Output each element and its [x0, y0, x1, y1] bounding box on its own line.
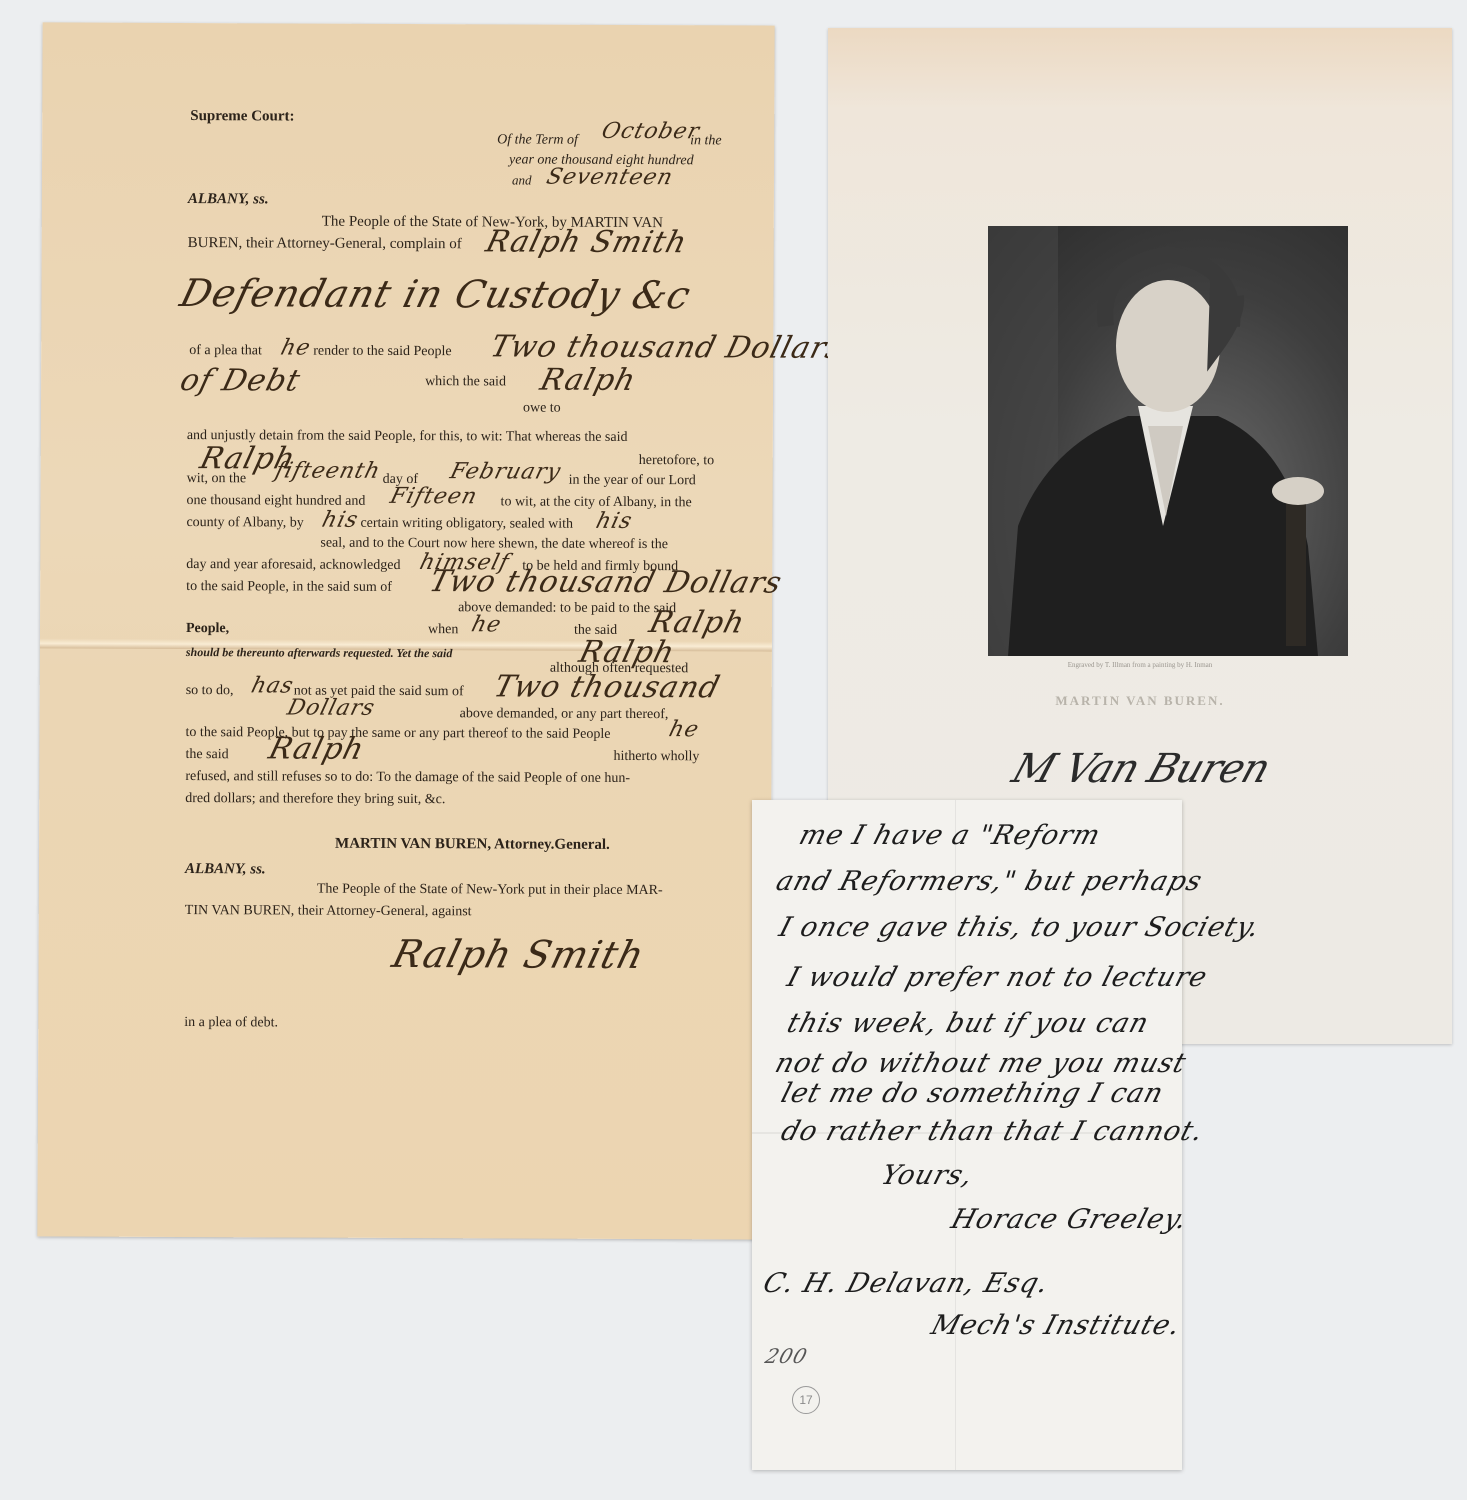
greeley-letter: me I have a "Reform and Reformers," but …	[752, 800, 1182, 1470]
the-said-2: the said	[185, 747, 228, 763]
he-3: he	[666, 717, 702, 742]
letter-line-2: and Reformers," but perhaps	[773, 866, 1207, 897]
term-suffix: in the	[690, 133, 722, 149]
letter-line-3: I once gave this, to your Society.	[776, 912, 1264, 943]
of-debt-handwritten: of Debt	[177, 363, 305, 398]
amount-handwritten: Two thousand Dollars	[487, 329, 847, 365]
amount-handwritten-3: Two thousand	[490, 669, 724, 705]
year-handwritten: Seventeen	[544, 165, 676, 191]
has-handwritten: has	[249, 673, 297, 698]
venue: ALBANY, ss.	[188, 191, 269, 208]
defendant-signature: Ralph Smith	[388, 932, 649, 977]
letter-line-1: me I have a "Reform	[796, 820, 1105, 851]
hundred-line: dred dollars; and therefore they bring s…	[185, 791, 445, 808]
fifteen-handwritten: Fifteen	[387, 484, 480, 509]
writing-line: certain writing obligatory, sealed with	[360, 516, 573, 533]
dollars-handwritten: Dollars	[284, 695, 377, 720]
ralph-1: Ralph	[537, 363, 640, 398]
his-2: his	[593, 509, 635, 534]
para2-line2: TIN VAN BUREN, their Attorney-General, a…	[185, 903, 472, 920]
amount-handwritten-2: Two thousand Dollars	[426, 564, 786, 600]
para2-line1: The People of the State of New-York put …	[317, 882, 663, 900]
court-heading: Supreme Court:	[190, 108, 294, 125]
letter-line-8: do rather than that I cannot.	[778, 1116, 1208, 1147]
van-buren-signature: M Van Buren	[1007, 746, 1276, 792]
term-month-handwritten: October	[599, 119, 702, 144]
attorney-signature-block: MARTIN VAN BUREN, Attorney.General.	[335, 836, 610, 854]
he-2: he	[469, 612, 505, 637]
letter-line-7: let me do something I can	[778, 1078, 1168, 1109]
hitherto-line: hitherto wholly	[613, 749, 699, 765]
sum-line: to the said People, in the said sum of	[186, 579, 392, 596]
month-handwritten: February	[448, 459, 564, 484]
legal-document: Supreme Court: Of the Term of October in…	[37, 22, 774, 1239]
day-handwritten: fifteenth	[273, 458, 384, 483]
refused-line: refused, and still refuses so to do: To …	[185, 769, 630, 787]
thereunto-line: should be thereunto afterwards requested…	[186, 645, 453, 661]
heretofore: heretofore, to	[639, 453, 714, 469]
engraving-caption: MARTIN VAN BUREN.	[828, 693, 1452, 709]
letter-institution: Mech's Institute.	[928, 1310, 1185, 1341]
year-and: and	[512, 172, 532, 188]
wit-on: wit, on the	[187, 471, 247, 487]
letter-line-6: not do without me you must	[772, 1048, 1190, 1079]
people-label: People,	[186, 621, 229, 637]
venue-2: ALBANY, ss.	[185, 861, 266, 878]
his-1: his	[319, 508, 361, 533]
which-said: which the said	[425, 374, 506, 390]
year-lord: in the year of our Lord	[569, 473, 696, 490]
any-part-line: above demanded, or any part thereof,	[460, 706, 669, 723]
letter-closing: Yours,	[878, 1160, 977, 1191]
when-label: when	[428, 622, 458, 638]
circled-number: 17	[792, 1386, 820, 1414]
para1-line2: BUREN, their Attorney-General, complain …	[188, 235, 462, 253]
owe-to: owe to	[523, 401, 561, 417]
engraving-credit: Engraved by T. Illman from a painting by…	[828, 661, 1452, 669]
portrait-figure-icon	[988, 226, 1348, 656]
letter-note-number: 200	[763, 1344, 811, 1368]
plea-he: he	[278, 335, 314, 360]
portrait-engraving	[988, 226, 1348, 656]
custody-handwritten: Defendant in Custody &c	[176, 271, 696, 317]
ack-line: day and year aforesaid, acknowledged	[186, 557, 400, 574]
greeley-signature: Horace Greeley.	[948, 1204, 1192, 1235]
ralph-5: Ralph	[265, 731, 368, 766]
so-to-do: so to do,	[186, 683, 234, 699]
letter-line-4: I would prefer not to lecture	[784, 962, 1212, 993]
term-prefix: Of the Term of	[497, 132, 578, 148]
to-said-people-line: to the said People, but to pay the same …	[186, 725, 611, 743]
letter-line-5: this week, but if you can	[784, 1008, 1153, 1039]
plea-prefix: of a plea that	[189, 343, 262, 359]
plea-of-debt: in a plea of debt.	[184, 1015, 278, 1031]
defendant-handwritten: Ralph Smith	[482, 224, 691, 260]
letter-addressee: C. H. Delavan, Esq.	[760, 1268, 1053, 1299]
plea-render: render to the said People	[313, 344, 451, 361]
city-line: to wit, at the city of Albany, in the	[501, 494, 692, 511]
county-line: county of Albany, by	[186, 515, 303, 532]
